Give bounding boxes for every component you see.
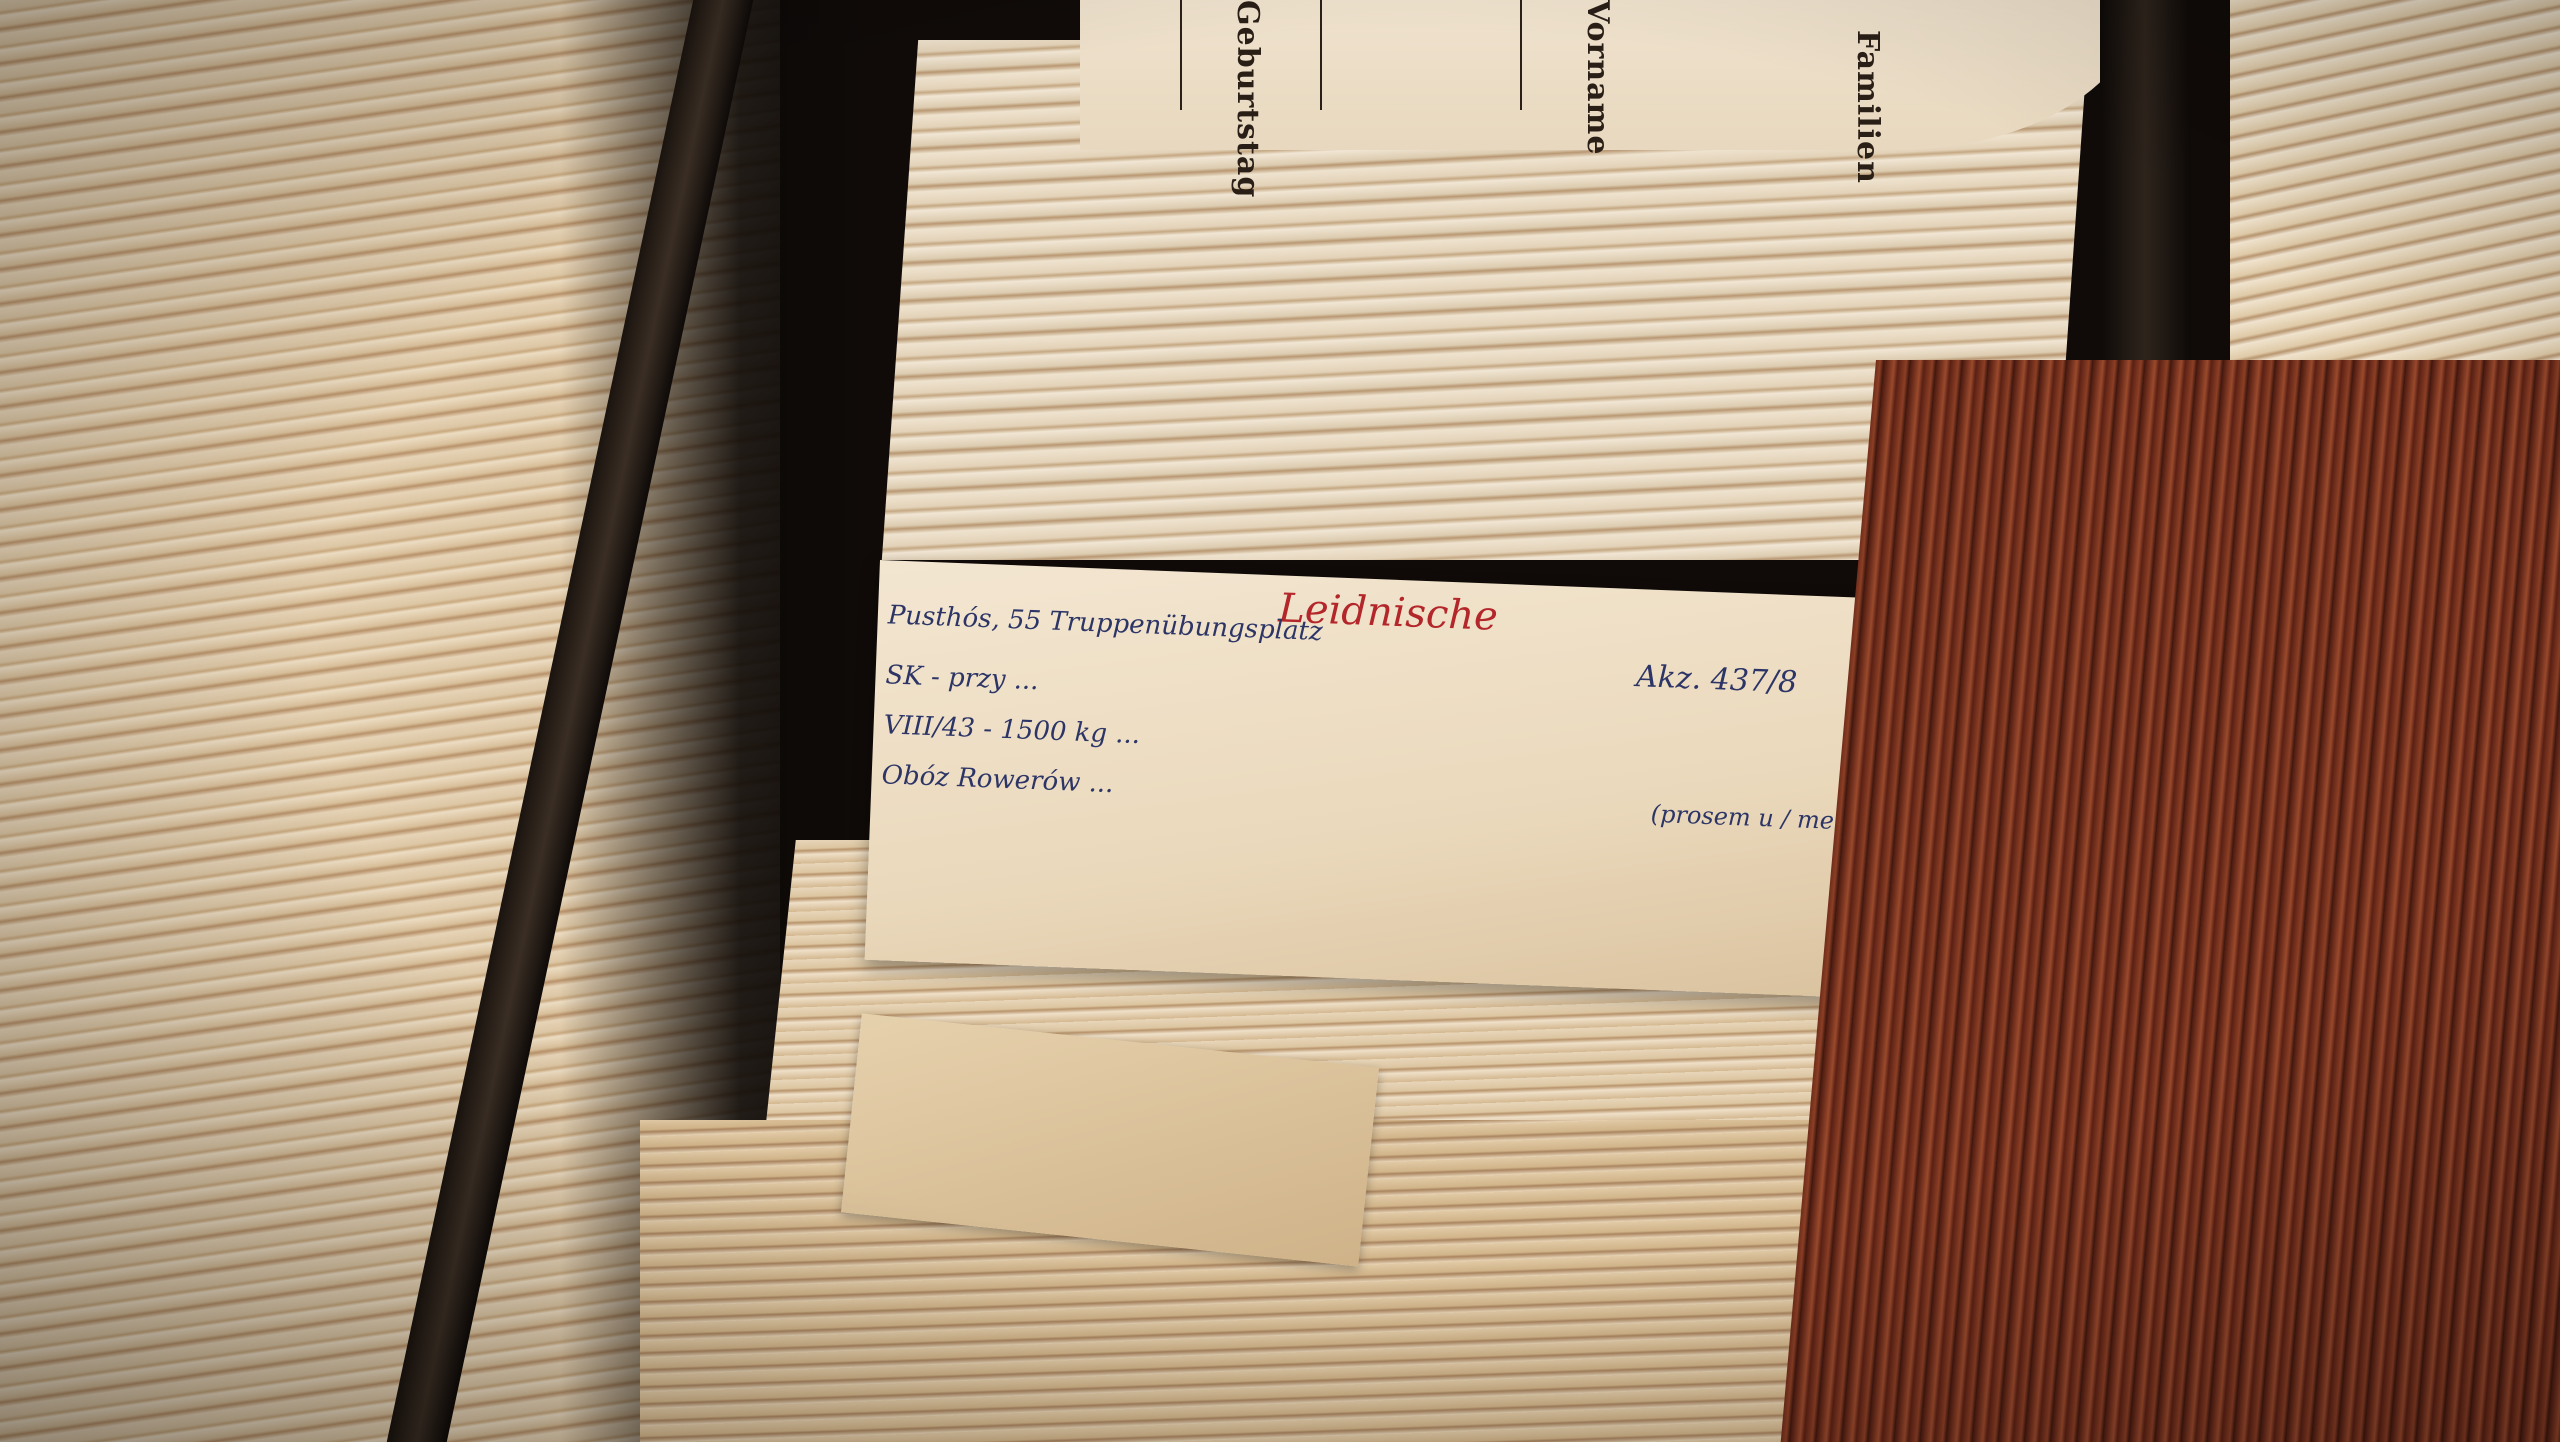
right-card-stack-top <box>2230 0 2560 420</box>
form-column-rule <box>1520 0 1522 110</box>
archive-photo: Geburtstag Vorname Familien Leidnische A… <box>0 0 2560 1442</box>
card-line: VIII/43 - 1500 kg ... <box>883 710 1141 750</box>
form-column-rule <box>1320 0 1322 110</box>
card-line: Obóz Rowerów ... <box>881 760 1114 799</box>
drawer-divider-right <box>2100 0 2190 420</box>
card-line: SK - przy ... <box>885 660 1039 696</box>
form-header-vorname: Vorname <box>1580 0 1615 155</box>
printed-form-card: Geburtstag Vorname Familien <box>1080 0 2140 150</box>
handwritten-index-card: Leidnische Akz. 437/8 Pusthós, 55 Truppe… <box>865 560 1940 1000</box>
form-header-geburtstag: Geburtstag <box>1230 0 1265 198</box>
form-column-rule <box>1180 0 1182 110</box>
card-reference: Akz. 437/8 <box>1635 659 1797 700</box>
red-brown-card-stack <box>1780 360 2560 1442</box>
form-header-familien: Familien <box>1850 30 1885 184</box>
card-line: Pusthós, 55 Truppenübungsplatz <box>887 600 1323 647</box>
